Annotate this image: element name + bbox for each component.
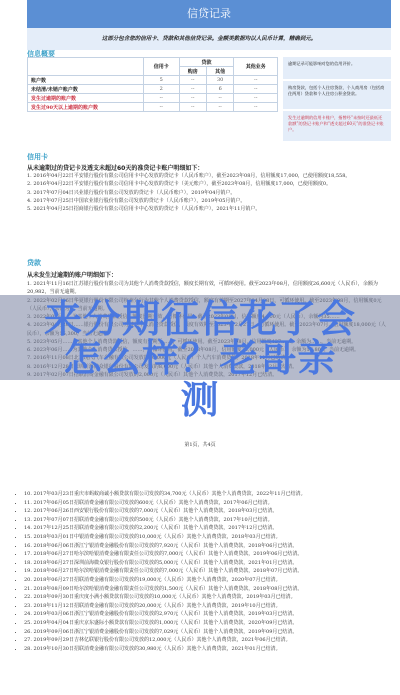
- banner-title-line2: 怎么样？老哥亲测: [50, 337, 350, 421]
- note-housing-loan: 购房贷款，包括个人住房贷款、个人商用房（包括商住两用）贷款和个人住房公积金贷款。: [283, 81, 391, 109]
- list-item: 3. 2017年07月04日兴业银行股份有限公司发放的贷记卡（人民币账户），20…: [27, 189, 389, 197]
- credit-card-list: 1. 2016年04月22日平安银行股份有限公司信用卡中心发放的贷记卡（人民币账…: [27, 172, 389, 213]
- loan-heading: 从未发生过逾期的账户明细如下：: [27, 270, 117, 279]
- list-item: 22. 2018年09月30日重庆度小满小额贷款有限公司发放的10,000元（人…: [24, 593, 389, 602]
- table-row: 发生过逾期的账户数 -- -- -- --: [28, 94, 278, 103]
- credit-card-heading: 从未逾期过的贷记卡及透支未超过60天的准贷记卡账户明细如下：: [27, 163, 203, 172]
- col-credit-card: 信用卡: [144, 58, 180, 76]
- note-overdue-definition: 发生过逾期的信用卡账户，指曾经“未按时还最低还款额”的贷记卡账户和“透支超过60…: [283, 111, 391, 141]
- col-other: 其他: [206, 67, 233, 76]
- banner-title-line1: 来分期征信花了会: [40, 298, 360, 340]
- list-item: 23. 2018年11月12日招联消费金融有限公司发放的20,000元（人民币）…: [24, 602, 389, 611]
- page-indicator: 第1页，共4页: [0, 441, 400, 448]
- credit-records-header: 信贷记录: [27, 0, 391, 28]
- summary-notes: 逾期记录可能影响对您的信用评价。 购房贷款，包括个人住房贷款、个人商用房（包括商…: [283, 57, 391, 143]
- list-item: 28. 2019年10月30日招联消费金融有限公司发放的30,980元（人民币）…: [24, 645, 389, 654]
- list-item: 18. 2018年06月27日深圳前海微众银行股份有限公司发放的5,000元（人…: [24, 559, 389, 568]
- table-row: 未结清/未销户账户数 2 -- 6 --: [28, 85, 278, 94]
- list-item: 27. 2019年09月29日吉林亿联银行股份有限公司发放的12,000元（人民…: [24, 636, 389, 645]
- list-item: 2. 2016年04月22日平安银行股份有限公司信用卡中心发放的贷记卡（美元账户…: [27, 180, 389, 188]
- credit-records-description: 这部分包含您的信用卡、贷款和其他信贷记录。金额类数据均以人民币计算，精确到元。: [27, 28, 391, 50]
- list-item: 5. 2021年04月25日招商银行股份有限公司信用卡中心发放的贷记卡（人民币账…: [27, 205, 389, 213]
- list-item: 15. 2018年03月01日中银消费金融有限公司发放的10,000元（人民币）…: [24, 533, 389, 542]
- summary-table: 信用卡 贷款 其他业务 购房 其他 账户数 5 -- 30 -- 未结清/未销户…: [27, 57, 278, 112]
- list-item: 19. 2018年06月27日哈尔滨哈银消费金融有限责任公司发放的7,000元（…: [24, 567, 389, 576]
- list-item: 10. 2017年03月23日重庆市蚂蚁商诚小额贷款有限公司发放的34,700元…: [24, 490, 389, 499]
- list-item: 26. 2019年09月06日浙江宁银消费金融股份有限公司发放的7,029元（人…: [24, 628, 389, 637]
- list-item: 20. 2018年06月27日招联消费金融有限公司发放的19,000元（人民币）…: [24, 576, 389, 585]
- list-item: 1. 2016年04月22日平安银行股份有限公司信用卡中心发放的贷记卡（人民币账…: [27, 172, 389, 180]
- list-item: 13. 2017年07月07日招联消费金融有限公司发放的500元（人民币）其他个…: [24, 516, 389, 525]
- summary-header-blank: [28, 58, 144, 76]
- loan-list-page2: 10. 2017年03月23日重庆市蚂蚁商诚小额贷款有限公司发放的34,700元…: [24, 490, 389, 653]
- loan-section-title: 贷款: [27, 258, 41, 268]
- col-other-business: 其他业务: [234, 58, 278, 76]
- col-housing: 购房: [179, 67, 206, 76]
- note-overdue-impact: 逾期记录可能影响对您的信用评价。: [283, 57, 391, 79]
- list-item: 11. 2017年06月05日招联消费金融有限公司发放的600元（人民币）其他个…: [24, 499, 389, 508]
- list-item: 17. 2018年06月27日哈尔滨哈银消费金融有限责任公司发放的7,000元（…: [24, 550, 389, 559]
- table-row: 账户数 5 -- 30 --: [28, 76, 278, 85]
- credit-card-section-title: 信用卡: [27, 152, 48, 162]
- list-item: 16. 2018年06月06日浙江宁银消费金融股份有限公司发放的7,920元（人…: [24, 542, 389, 551]
- col-loan: 贷款: [179, 58, 234, 67]
- list-item: 4. 2017年07月25日中国农业银行股份有限公司发放的贷记卡（人民币账户），…: [27, 197, 389, 205]
- list-item: 24. 2019年03月06日浙江宁银消费金融股份有限公司发放的2,970元（人…: [24, 610, 389, 619]
- list-item: 14. 2017年12月25日招联消费金融有限公司发放的2,200元（人民币）其…: [24, 524, 389, 533]
- list-item: 12. 2017年06月26日西安银行股份有限公司发放的7,000元（人民币）其…: [24, 507, 389, 516]
- table-row: 发生过90天以上逾期的账户数 -- -- -- --: [28, 103, 278, 112]
- list-item: 21. 2018年08月09日哈尔滨哈银消费金融有限责任公司发放的1,500元（…: [24, 585, 389, 594]
- list-item: 25. 2019年04月04日重庆京东盛际小额贷款有限公司发放的1,000元（人…: [24, 619, 389, 628]
